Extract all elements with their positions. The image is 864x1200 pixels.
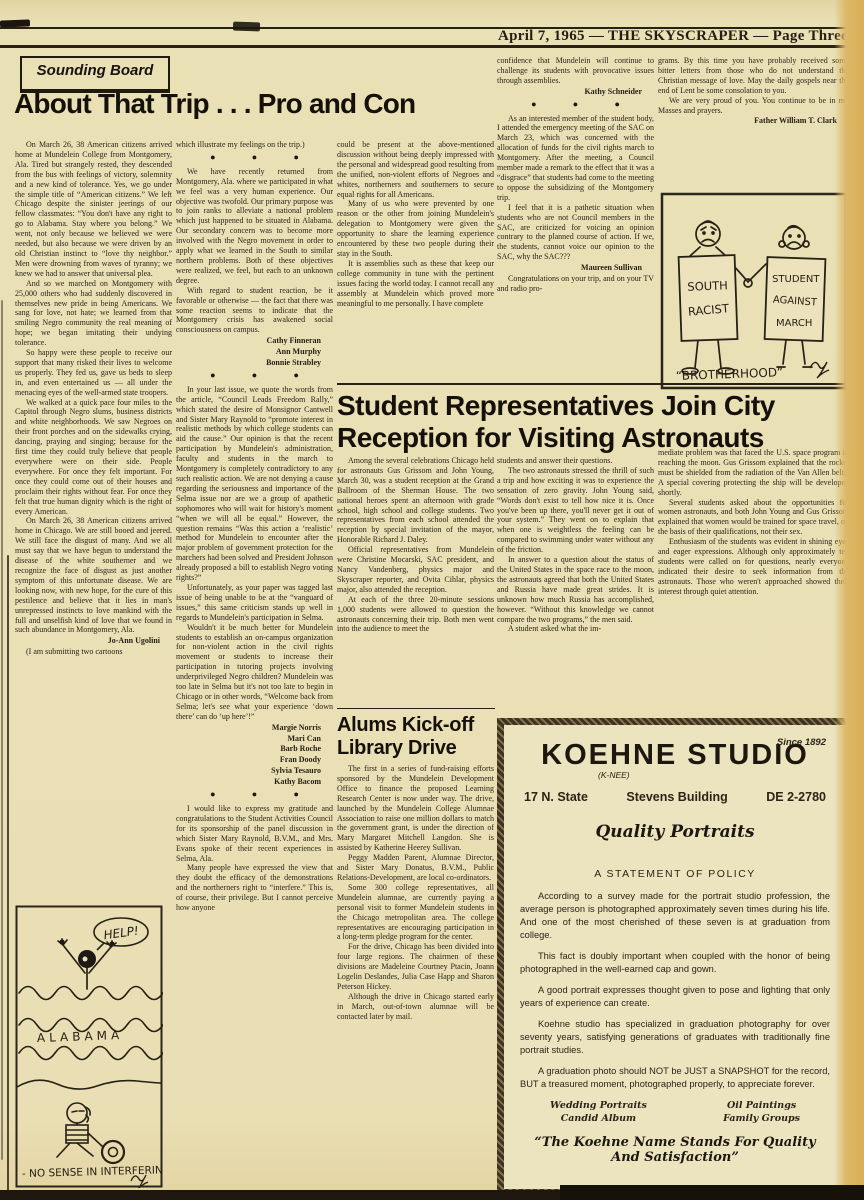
paragraph: So happy were these people to receive ou… (15, 348, 172, 398)
cartoon-border (17, 907, 162, 1187)
astronauts-headline-line1: Student Representatives Join City (337, 390, 851, 422)
paragraph: The first in a series of fund-raising ef… (337, 764, 494, 853)
paragraph: confidence that Mundelein will continue … (497, 56, 654, 86)
masthead-bottom-rule (0, 45, 864, 48)
paragraph: On March 26, 38 American citizens arrive… (15, 140, 172, 279)
signature: Mari Can (176, 734, 321, 744)
paragraph: Enthusiasm of the students was evident i… (658, 537, 849, 596)
paragraph: We are very proud of you. You continue t… (658, 96, 849, 116)
ad-policy-heading: A STATEMENT OF POLICY (520, 868, 830, 880)
ad-building: Stevens Building (626, 790, 727, 804)
signature: Fran Doody (176, 755, 321, 765)
paragraph: Unfortunately, as your paper was tagged … (176, 583, 333, 623)
paragraph: Official representatives from Mundelein … (337, 545, 494, 595)
letters-column-2: which illustrate my feelings on the trip… (176, 140, 333, 1188)
ad-policy-paragraphs: According to a survey made for the portr… (520, 890, 830, 1091)
signature: Margie Norris (176, 723, 321, 733)
ad-services-row: Wedding PortraitsCandid Album Oil Painti… (520, 1099, 830, 1125)
scan-edge-line (1, 300, 3, 1160)
ad-since: Since 1892 (777, 737, 826, 748)
paragraph: As an interested member of the student b… (497, 114, 654, 203)
letter-separator: ● ● ● (176, 790, 333, 800)
shore-figure (17, 1080, 161, 1163)
paragraph: It is assemblies such as these that keep… (337, 259, 494, 309)
koehne-studio-ad: Since 1892 KOEHNE STUDIO (K-NEE) 17 N. S… (497, 718, 853, 1196)
left-sign-line1: SOUTH (687, 278, 728, 293)
signature: Kathy Schneider (497, 87, 642, 97)
water-waves (19, 987, 163, 1060)
scan-bottom-edge (560, 1185, 864, 1200)
ad-content: Since 1892 KOEHNE STUDIO (K-NEE) 17 N. S… (504, 725, 846, 1189)
paragraph: Many of us who were prevented by one rea… (337, 199, 494, 258)
right-sign: STUDENT AGAINST MARCH (765, 257, 826, 341)
paragraph: could be present at the above-mentioned … (337, 140, 494, 199)
letters-headline: About That Trip . . . Pro and Con (14, 88, 496, 120)
paragraph: According to a survey made for the portr… (520, 890, 830, 942)
sounding-board-label-text: Sounding Board (37, 62, 154, 79)
ad-slogan: “The Koehne Name Stands For Quality And … (520, 1135, 830, 1165)
artist-signature (810, 362, 829, 378)
paragraph: At each of the three 20-minute sessions … (337, 595, 494, 635)
speech-text: HELP! (103, 924, 140, 943)
paragraph: Congratulations on your trip, and on you… (497, 274, 654, 294)
paragraph: Oil Paintings (723, 1099, 800, 1112)
scan-edge-line (7, 555, 9, 1193)
ad-services-right: Oil PaintingsFamily Groups (723, 1099, 800, 1125)
paragraph: Some 300 college representatives, all Mu… (337, 883, 494, 942)
paragraph: In your last issue, we quote the words f… (176, 385, 333, 583)
alums-headline-line1: Alums Kick-off (337, 714, 495, 737)
signature: Cathy Finneran (176, 336, 321, 346)
paragraph: We have recently returned from Montgomer… (176, 167, 333, 286)
signature: Bonnie Strabley (176, 358, 321, 368)
paragraph: mediate problem was that faced the U.S. … (658, 448, 849, 498)
paper-edge-band (834, 0, 864, 1200)
paragraph: Candid Album (550, 1112, 647, 1125)
brotherhood-cartoon: SOUTH RACIST STUDENT AGAINST MARCH “BROT… (660, 192, 848, 390)
signature: Maureen Sullivan (497, 263, 642, 273)
paragraph: Wouldn't it be much better for Mundelein… (176, 623, 333, 722)
ad-street: 17 N. State (524, 790, 588, 804)
paragraph: In answer to a question about the status… (497, 555, 654, 624)
signature: Father William T. Clark (658, 116, 837, 126)
paragraph: With regard to student reaction, be it f… (176, 286, 333, 336)
paragraph: Koehne studio has specialized in graduat… (520, 1018, 830, 1057)
paragraph: Several students asked about the opportu… (658, 498, 849, 538)
paragraph: A graduation photo should NOT be JUST a … (520, 1065, 830, 1091)
drowning-figure (58, 939, 116, 989)
paragraph: We walked at a quick pace four miles to … (15, 398, 172, 517)
paragraph: grams. By this time you have probably re… (658, 56, 849, 96)
paragraph: And so we marched on Montgomery with 25,… (15, 279, 172, 348)
paragraph: On March 26, 38 American citizens arrive… (15, 516, 172, 635)
signature: Sylvia Tesauro (176, 766, 321, 776)
letters-column-3: could be present at the above-mentioned … (337, 140, 494, 382)
signature: Kathy Bacom (176, 777, 321, 787)
letters-column-5: grams. By this time you have probably re… (658, 56, 849, 190)
ad-tagline: Quality Portraits (520, 822, 830, 842)
paragraph: I would like to express my gratitude and… (176, 804, 333, 863)
alums-article-body: The first in a series of fund-raising ef… (337, 764, 494, 1186)
alabama-caption: - NO SENSE IN INTERFERING (22, 1164, 163, 1180)
scan-artifact (233, 22, 260, 32)
paragraph: Family Groups (723, 1112, 800, 1125)
signature: Jo-Ann Ugolini (15, 636, 160, 646)
letter-separator: ● ● ● (176, 371, 333, 381)
signature: Ann Murphy (176, 347, 321, 357)
paragraph: Many people have expressed the view that… (176, 863, 333, 913)
paragraph: Among the several celebrations Chicago h… (337, 456, 494, 545)
alums-headline-line2: Library Drive (337, 737, 495, 760)
ad-services-left: Wedding PortraitsCandid Album (550, 1099, 647, 1125)
water-label: ALABAMA (37, 1028, 124, 1045)
paragraph: which illustrate my feelings on the trip… (176, 140, 333, 150)
paragraph: Wedding Portraits (550, 1099, 647, 1112)
ad-address-row: 17 N. State Stevens Building DE 2-2780 (520, 790, 830, 804)
astronauts-column-3: mediate problem was that faced the U.S. … (658, 448, 849, 706)
paragraph: (I am submitting two cartoons (15, 647, 172, 657)
paragraph: Although the drive in Chicago started ea… (337, 992, 494, 1022)
astronauts-column-2: students and answer their questions.The … (497, 456, 654, 712)
letters-column-1: On March 26, 38 American citizens arrive… (15, 140, 172, 900)
signature: Barb Roche (176, 744, 321, 754)
paragraph: I feel that it is a pathetic situation w… (497, 203, 654, 262)
right-sign-line3: MARCH (776, 318, 812, 329)
paragraph: For the drive, Chicago has been divided … (337, 942, 494, 992)
speech-bubble: HELP! (94, 918, 148, 950)
alums-article-headline: Alums Kick-off Library Drive (337, 708, 495, 760)
letters-column-4: confidence that Mundelein will continue … (497, 56, 654, 381)
ad-phone: DE 2-2780 (766, 790, 826, 804)
right-sign-line1: STUDENT (772, 274, 820, 285)
astronauts-column-1: Among the several celebrations Chicago h… (337, 456, 494, 706)
masthead-dateline: April 7, 1965 — THE SKYSCRAPER — Page Th… (498, 28, 848, 45)
paragraph: students and answer their questions. (497, 456, 654, 466)
alabama-cartoon: HELP! ALABAMA - NO SENSE IN INTERFERING (15, 905, 163, 1188)
paragraph: The two astronauts stressed the thrill o… (497, 466, 654, 555)
paragraph: Peggy Madden Parent, Alumnae Director, a… (337, 853, 494, 883)
letter-separator: ● ● ● (176, 153, 333, 163)
paragraph: A good portrait expresses thought given … (520, 984, 830, 1010)
left-sign: SOUTH RACIST (679, 255, 738, 341)
astronauts-article-headline: Student Representatives Join City Recept… (337, 383, 851, 454)
paragraph: This fact is doubly important when coupl… (520, 950, 830, 976)
letter-separator: ● ● ● (497, 100, 654, 110)
scan-artifact (0, 19, 30, 27)
newspaper-page: April 7, 1965 — THE SKYSCRAPER — Page Th… (0, 0, 864, 1200)
paragraph: A student asked what the im- (497, 624, 654, 634)
brotherhood-caption: “BROTHERHOOD” (676, 365, 784, 383)
